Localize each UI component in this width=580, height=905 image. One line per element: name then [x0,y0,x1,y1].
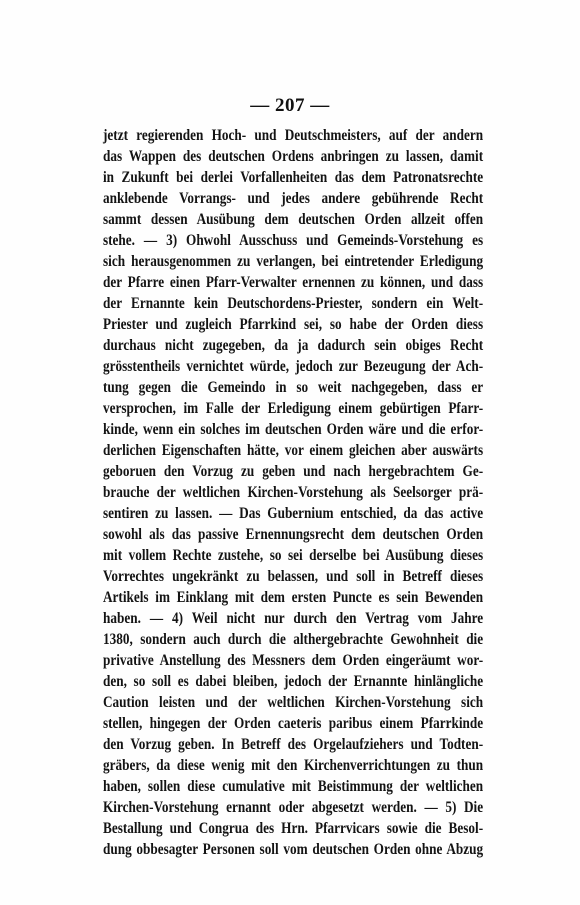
text-line: anklebende Vorrangs- und jedes andere ge… [103,188,483,209]
text-line: versprochen, im Falle der Erledigung ein… [103,398,483,419]
text-line: geboruen den Vorzug zu geben und nach he… [103,461,483,482]
text-line: den Vorzug geben. In Betreff des Orgelau… [103,734,483,755]
text-line: sentiren zu lassen. — Das Gubernium ents… [103,503,483,524]
text-line: Kirchen-Vorstehung ernannt oder abgesetz… [103,797,483,818]
text-line: stehe. — 3) Ohwohl Ausschuss und Gemeind… [103,230,483,251]
text-line: der Pfarre einen Pfarr-Verwalter ernenne… [103,272,483,293]
text-line: brauche der weltlichen Kirchen-Vorstehun… [103,482,483,503]
text-line: haben, sollen diese cumulative mit Beist… [103,776,483,797]
text-line: Caution leisten und der weltlichen Kirch… [103,692,483,713]
text-line: sowohl als das passive Ernennungsrecht d… [103,524,483,545]
text-line: in Zukunft bei derlei Vorfallenheiten da… [103,167,483,188]
text-line: privative Anstellung des Messners dem Or… [103,650,483,671]
text-line: gräbers, da diese wenig mit den Kirchenv… [103,755,483,776]
text-line: dung obbesagter Personen soll vom deutsc… [103,839,483,860]
text-line: jetzt regierenden Hoch- und Deutschmeist… [103,125,483,146]
text-line: 1380, sondern auch durch die althergebra… [103,629,483,650]
body-text: jetzt regierenden Hoch- und Deutschmeist… [103,125,483,860]
text-line: der Ernannte kein Deutschordens-Priester… [103,293,483,314]
text-line: grösstentheils vernichtet würde, jedoch … [103,356,483,377]
text-line: stellen, hingegen der Orden caeteris par… [103,713,483,734]
text-line: Vorrechtes ungekränkt zu belassen, und s… [103,566,483,587]
text-line: durchaus nicht zugegeben, da ja dadurch … [103,335,483,356]
text-line: sich herausgenommen zu verlangen, bei ei… [103,251,483,272]
page-number: — 207 — [0,95,580,117]
text-line: kinde, wenn ein solches im deutschen Ord… [103,419,483,440]
text-line: Artikels im Einklang mit dem ersten Punc… [103,587,483,608]
text-line: Bestallung und Congrua des Hrn. Pfarrvic… [103,818,483,839]
book-page: — 207 — jetzt regierenden Hoch- und Deut… [0,0,580,905]
text-line: den, so soll es dabei bleiben, jedoch de… [103,671,483,692]
text-line: mit vollem Rechte zustehe, so sei dersel… [103,545,483,566]
text-line: derlichen Eigenschaften hätte, vor einem… [103,440,483,461]
text-line: sammt dessen Ausübung dem deutschen Orde… [103,209,483,230]
text-line: haben. — 4) Weil nicht nur durch den Ver… [103,608,483,629]
text-line: das Wappen des deutschen Ordens anbringe… [103,146,483,167]
text-line: Priester und zugleich Pfarrkind sei, so … [103,314,483,335]
text-line: tung gegen die Gemeindo in so weit nachg… [103,377,483,398]
